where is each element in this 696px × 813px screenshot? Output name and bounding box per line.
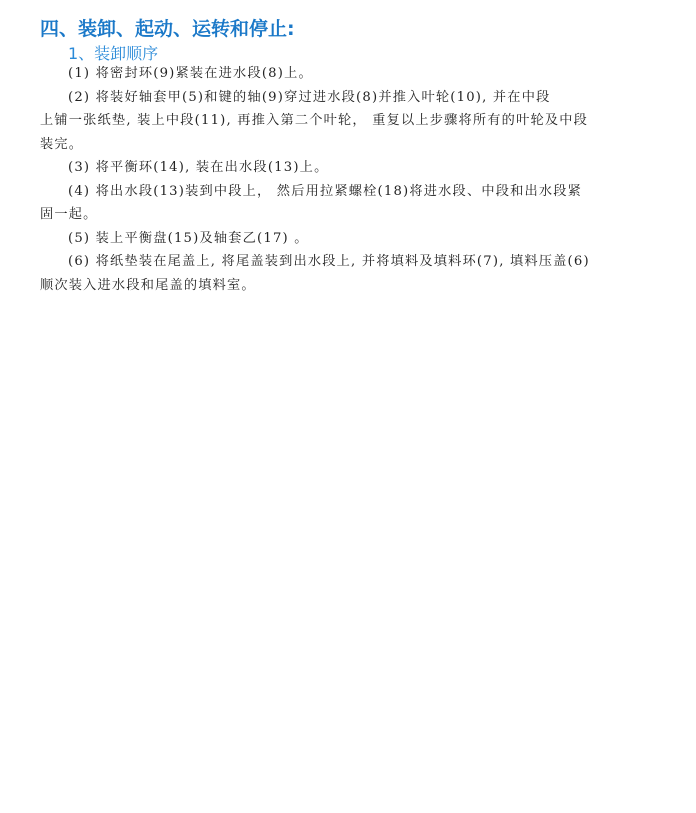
text-line: (4) 将出水段(13)装到中段上， 然后用拉紧螺栓(18)将进水段、中段和出水… (68, 183, 582, 201)
text-line: (1) 将密封环(9)紧装在进水段(8)上。 (68, 65, 313, 83)
text-line: 顺次装入进水段和尾盖的填料室。 (40, 277, 256, 295)
text-line: (5) 装上平衡盘(15)及轴套乙(17) 。 (68, 230, 309, 248)
text-line: 上铺一张纸垫, 装上中段(11), 再推入第二个叶轮， 重复以上步骤将所有的叶轮… (40, 112, 588, 130)
text-line: (6) 将纸垫装在尾盖上, 将尾盖装到出水段上, 并将填料及填料环(7), 填料… (68, 253, 590, 271)
text-line: (3) 将平衡环(14), 装在出水段(13)上。 (68, 159, 328, 177)
text-line: 装完。 (40, 136, 83, 154)
text-line: 固一起。 (40, 206, 98, 224)
section-heading-disassembly-order: 1、装卸顺序 (68, 41, 158, 64)
page-title: 四、装卸、起动、运转和停止: (40, 14, 295, 41)
text-line: (2) 将装好轴套甲(5)和键的轴(9)穿过进水段(8)并推入叶轮(10), 并… (68, 89, 550, 107)
